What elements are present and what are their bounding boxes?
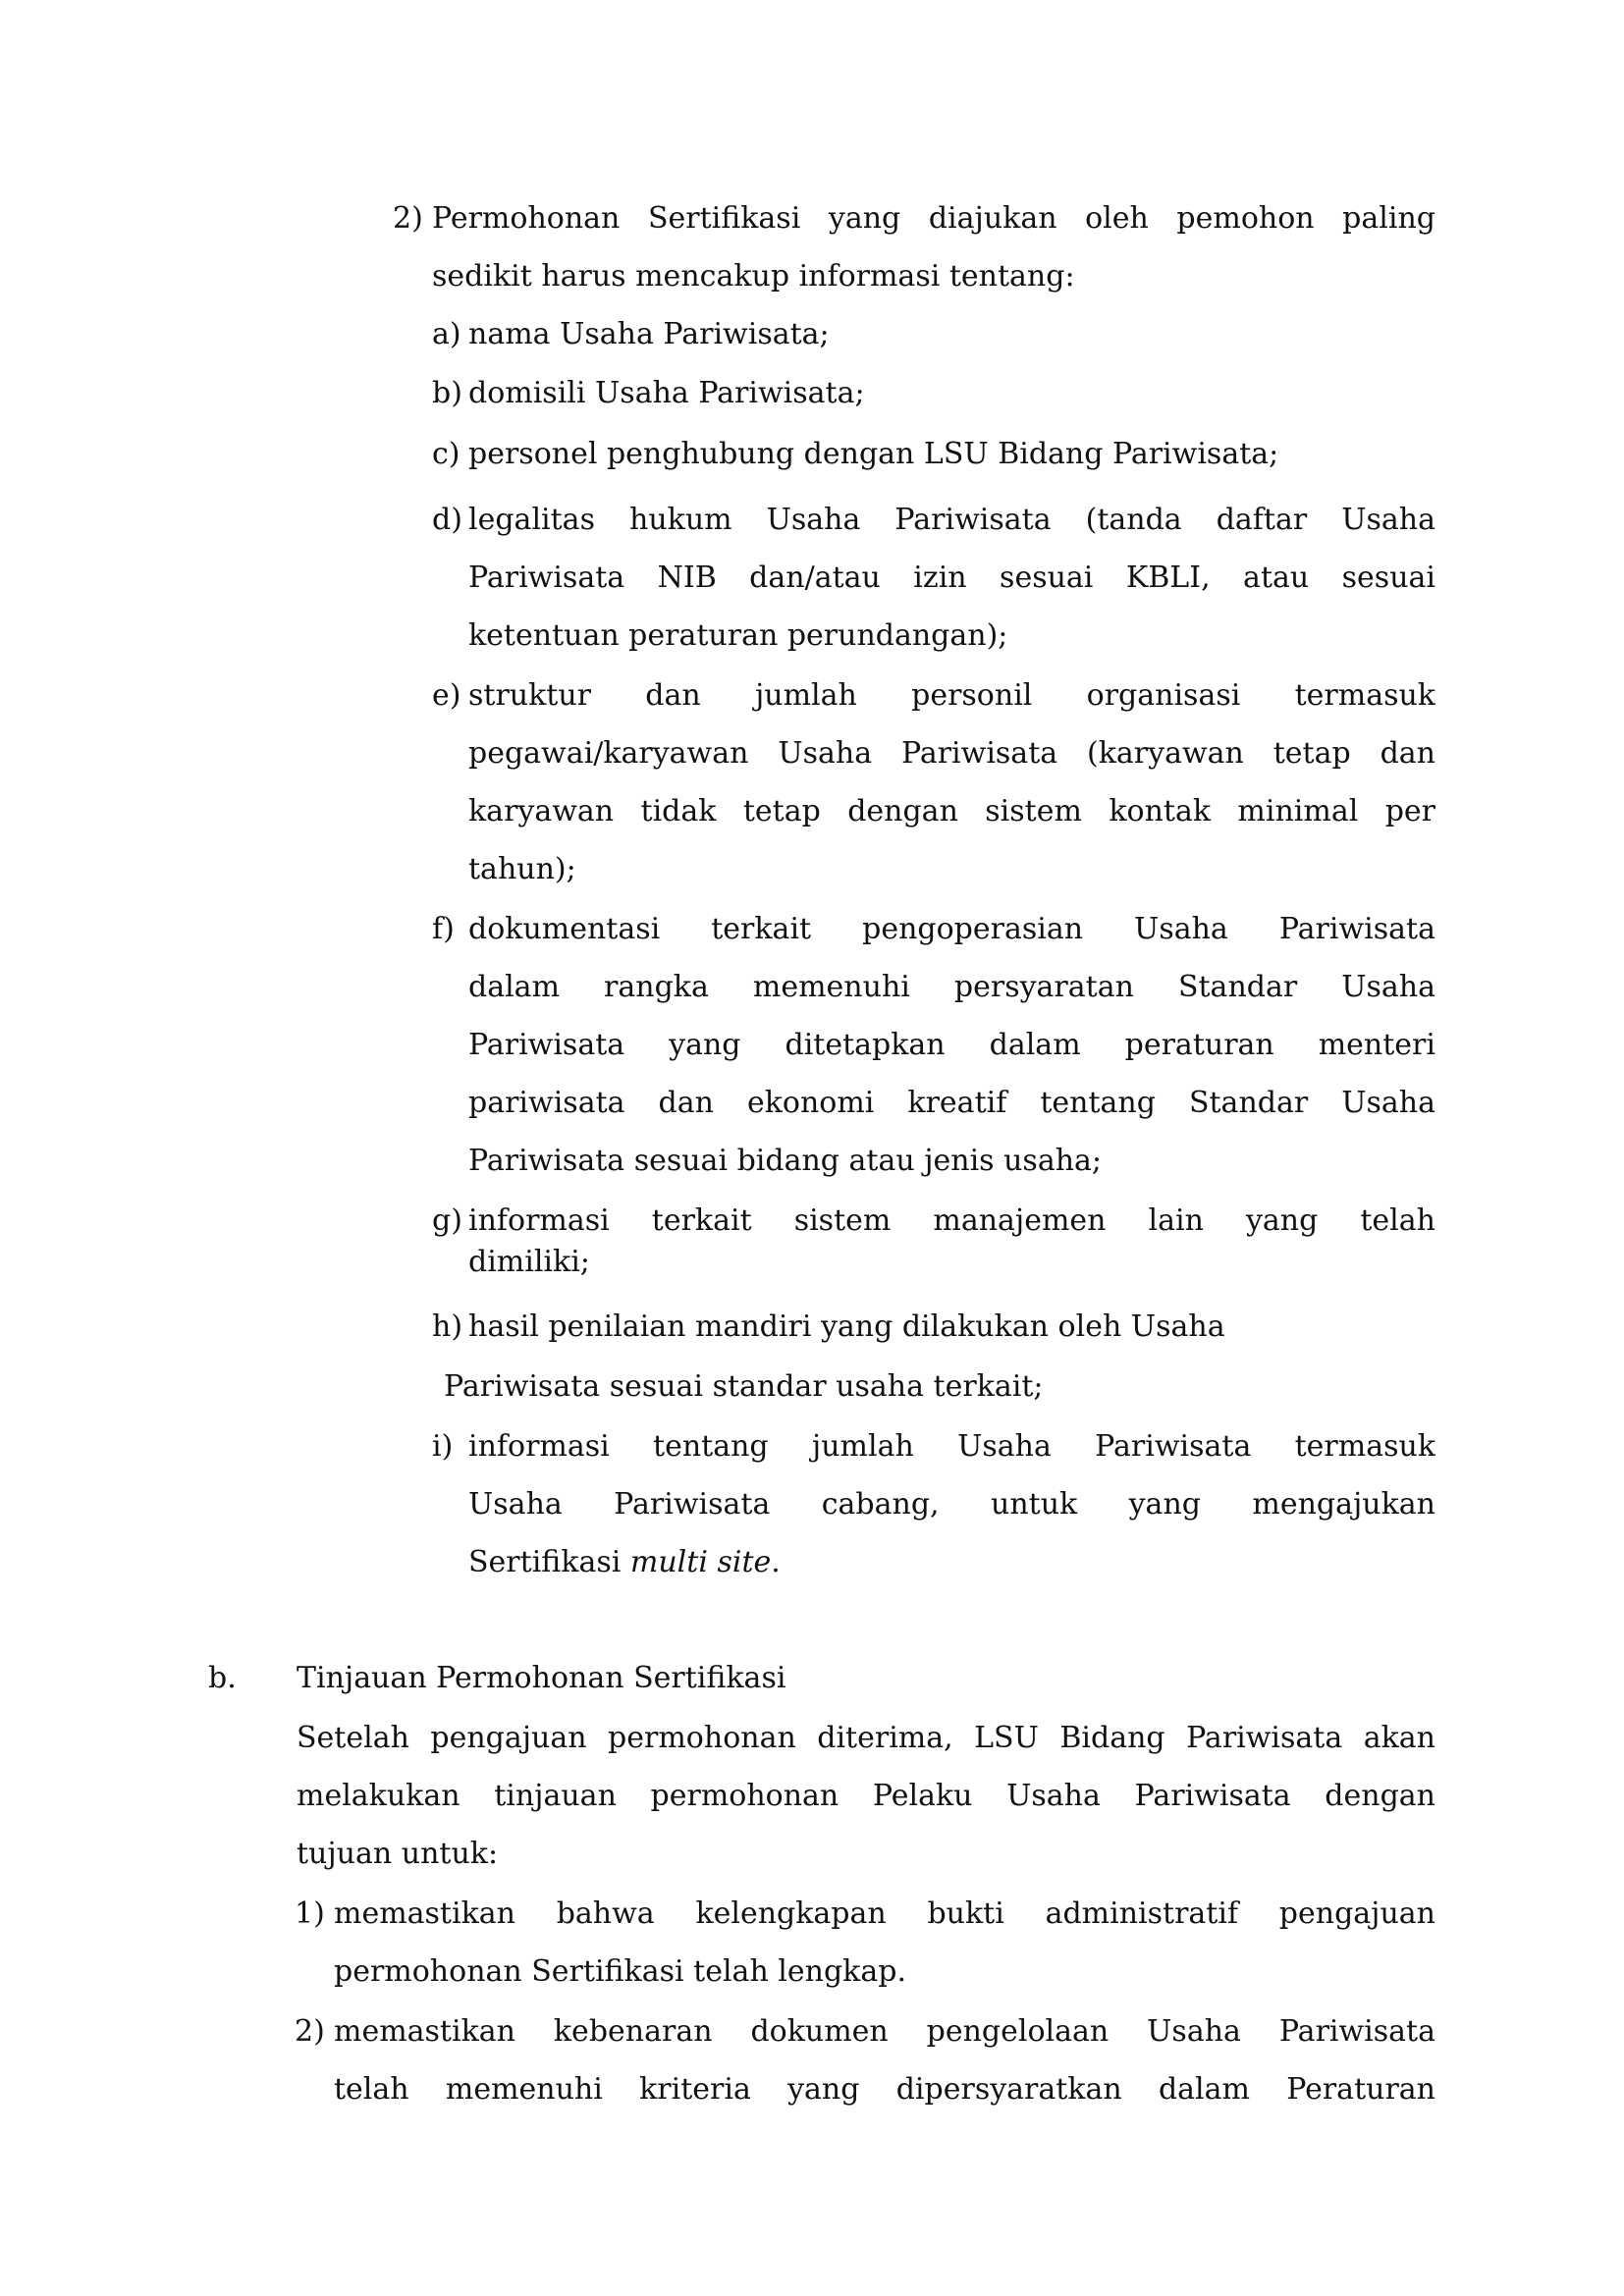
list-label: b) (432, 374, 462, 413)
list-label: a) (432, 315, 461, 354)
list-item-text: Pariwisata NIB dan/atau izin sesuai KBLI… (468, 559, 1435, 598)
paragraph-line: tujuan untuk: (297, 1835, 498, 1874)
list-item-text: tahun); (468, 850, 576, 889)
list-item-text: struktur dan jumlah personil organisasi … (468, 676, 1435, 716)
list-item-text: Usaha Pariwisata cabang, untuk yang meng… (468, 1485, 1435, 1524)
list-label: 1) (295, 1895, 325, 1934)
list-label: g) (432, 1201, 462, 1241)
paragraph-line: Permohonan Sertifikasi yang diajukan ole… (432, 199, 1435, 239)
list-item-text: ketentuan peraturan perundangan); (468, 616, 1007, 656)
list-label: d) (432, 501, 462, 540)
list-label: 2) (295, 2012, 325, 2052)
list-item-text: permohonan Sertifikasi telah lengkap. (334, 1952, 906, 1992)
section-title: Tinjauan Permohonan Sertifikasi (297, 1659, 785, 1698)
list-item-text: Sertifikasi multi site. (468, 1543, 781, 1582)
list-label: i) (432, 1427, 453, 1467)
list-item-text: hasil penilaian mandiri yang dilakukan o… (468, 1308, 1225, 1347)
list-label: 2) (393, 199, 423, 239)
list-item-text-end: . (771, 1545, 781, 1579)
paragraph-line: sedikit harus mencakup informasi tentang… (432, 257, 1075, 296)
list-item-text: personel penghubung dengan LSU Bidang Pa… (468, 435, 1278, 474)
list-item-text: Pariwisata sesuai standar usaha terkait; (444, 1367, 1044, 1407)
list-label: h) (432, 1308, 462, 1347)
list-item-text: memastikan bahwa kelengkapan bukti admin… (334, 1895, 1435, 1934)
document-page: 2) Permohonan Sertifikasi yang diajukan … (0, 0, 1624, 2296)
list-item-text: legalitas hukum Usaha Pariwisata (tanda … (468, 501, 1435, 540)
list-item-text: dimiliki; (468, 1243, 590, 1282)
list-item-text: Pariwisata sesuai bidang atau jenis usah… (468, 1142, 1102, 1181)
section-label: b. (208, 1659, 237, 1698)
list-item-text: memastikan kebenaran dokumen pengelolaan… (334, 2012, 1435, 2052)
list-item-text-start: Sertifikasi (468, 1545, 630, 1579)
list-item-text: Pariwisata yang ditetapkan dalam peratur… (468, 1026, 1435, 1065)
italic-term: multi site (630, 1545, 771, 1579)
list-label: c) (432, 435, 460, 474)
list-item-text: karyawan tidak tetap dengan sistem konta… (468, 792, 1435, 831)
list-label: e) (432, 676, 460, 716)
list-item-text: pegawai/karyawan Usaha Pariwisata (karya… (468, 734, 1435, 774)
list-item-text: dokumentasi terkait pengoperasian Usaha … (468, 910, 1435, 949)
list-item-text: pariwisata dan ekonomi kreatif tentang S… (468, 1084, 1435, 1123)
list-item-text: nama Usaha Pariwisata; (468, 315, 830, 354)
list-item-text: dalam rangka memenuhi persyaratan Standa… (468, 968, 1435, 1007)
list-item-text: informasi terkait sistem manajemen lain … (468, 1201, 1435, 1241)
paragraph-line: Setelah pengajuan permohonan diterima, L… (297, 1719, 1435, 1758)
list-item-text: telah memenuhi kriteria yang dipersyarat… (334, 2070, 1435, 2109)
list-item-text: informasi tentang jumlah Usaha Pariwisat… (468, 1427, 1435, 1467)
list-item-text: domisili Usaha Pariwisata; (468, 374, 865, 413)
list-label: f) (432, 910, 455, 949)
paragraph-line: melakukan tinjauan permohonan Pelaku Usa… (297, 1777, 1435, 1816)
